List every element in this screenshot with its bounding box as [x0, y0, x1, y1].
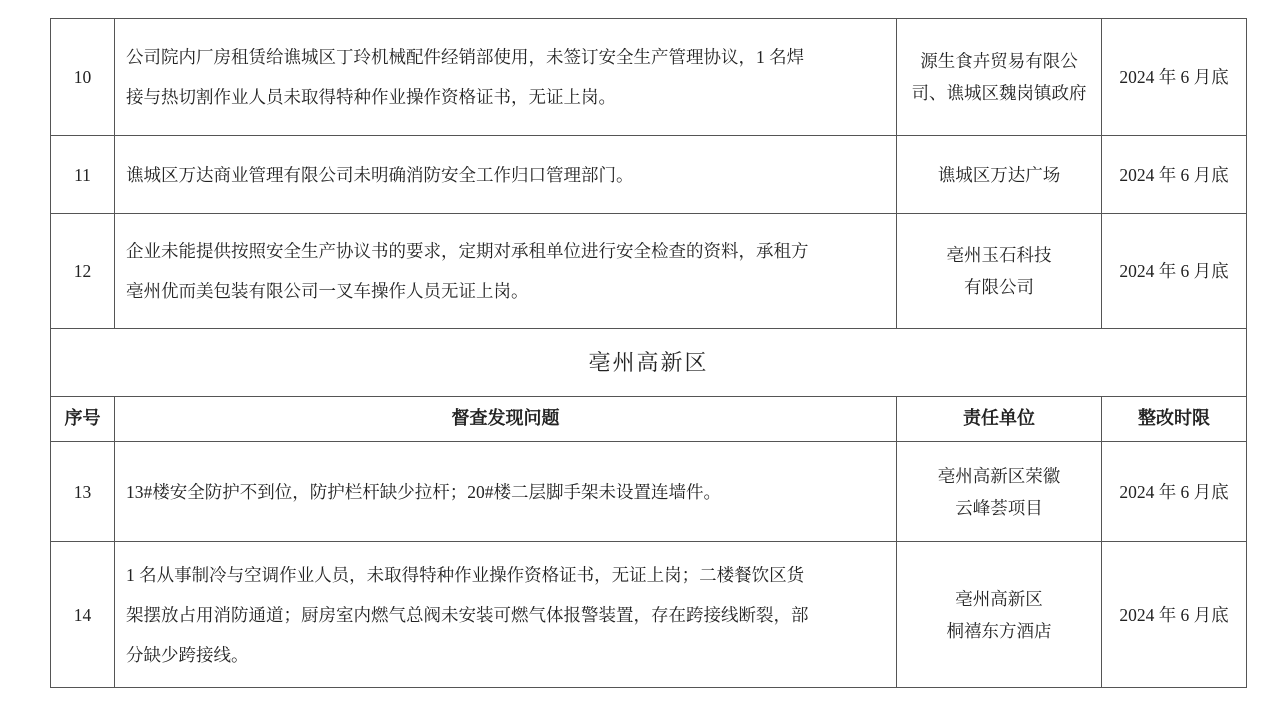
issue-cell: 13#楼安全防护不到位，防护栏杆缺少拉杆；20#楼二层脚手架未设置连墙件。 — [115, 442, 897, 542]
unit-line: 谯城区万达广场 — [897, 159, 1101, 191]
issue-line: 亳州优而美包装有限公司一叉车操作人员无证上岗。 — [126, 271, 886, 311]
deadline-cell: 2024 年 6 月底 — [1102, 19, 1247, 136]
issue-line: 接与热切割作业人员未取得特种作业操作资格证书，无证上岗。 — [126, 77, 886, 117]
unit-line: 云峰荟项目 — [897, 492, 1101, 524]
unit-line: 源生食卉贸易有限公 — [897, 45, 1101, 77]
unit-line: 亳州高新区 — [897, 583, 1101, 615]
row-number: 14 — [51, 542, 115, 688]
unit-line: 司、谯城区魏岗镇政府 — [897, 77, 1101, 109]
unit-line: 亳州玉石科技 — [897, 239, 1101, 271]
issue-cell: 企业未能提供按照安全生产协议书的要求，定期对承租单位进行安全检查的资料，承租方 … — [115, 214, 897, 329]
responsible-unit-cell: 亳州高新区 桐禧东方酒店 — [897, 542, 1102, 688]
deadline-cell: 2024 年 6 月底 — [1102, 136, 1247, 214]
inspection-issues-table: 10 公司院内厂房租赁给谯城区丁玲机械配件经销部使用，未签订安全生产管理协议，1… — [50, 18, 1247, 688]
deadline-cell: 2024 年 6 月底 — [1102, 542, 1247, 688]
responsible-unit-cell: 亳州高新区荣徽 云峰荟项目 — [897, 442, 1102, 542]
issue-line: 公司院内厂房租赁给谯城区丁玲机械配件经销部使用，未签订安全生产管理协议，1 名焊 — [126, 37, 886, 77]
issue-line: 谯城区万达商业管理有限公司未明确消防安全工作归口管理部门。 — [126, 155, 886, 195]
table-row: 10 公司院内厂房租赁给谯城区丁玲机械配件经销部使用，未签订安全生产管理协议，1… — [51, 19, 1247, 136]
table-header-row: 序号 督查发现问题 责任单位 整改时限 — [51, 397, 1247, 442]
issue-cell: 1 名从事制冷与空调作业人员，未取得特种作业操作资格证书，无证上岗；二楼餐饮区货… — [115, 542, 897, 688]
table-row: 14 1 名从事制冷与空调作业人员，未取得特种作业操作资格证书，无证上岗；二楼餐… — [51, 542, 1247, 688]
issue-line: 企业未能提供按照安全生产协议书的要求，定期对承租单位进行安全检查的资料，承租方 — [126, 231, 886, 271]
responsible-unit-cell: 源生食卉贸易有限公 司、谯城区魏岗镇政府 — [897, 19, 1102, 136]
unit-line: 桐禧东方酒店 — [897, 615, 1101, 647]
deadline-cell: 2024 年 6 月底 — [1102, 442, 1247, 542]
table-row: 11 谯城区万达商业管理有限公司未明确消防安全工作归口管理部门。 谯城区万达广场… — [51, 136, 1247, 214]
issue-line: 架摆放占用消防通道；厨房室内燃气总阀未安装可燃气体报警装置，存在跨接线断裂，部 — [126, 595, 886, 635]
row-number: 11 — [51, 136, 115, 214]
issue-line: 分缺少跨接线。 — [126, 635, 886, 675]
deadline-cell: 2024 年 6 月底 — [1102, 214, 1247, 329]
header-number: 序号 — [51, 397, 115, 442]
issue-cell: 谯城区万达商业管理有限公司未明确消防安全工作归口管理部门。 — [115, 136, 897, 214]
header-issue: 督查发现问题 — [115, 397, 897, 442]
issue-line: 13#楼安全防护不到位，防护栏杆缺少拉杆；20#楼二层脚手架未设置连墙件。 — [126, 472, 886, 512]
header-deadline: 整改时限 — [1102, 397, 1247, 442]
table-row: 12 企业未能提供按照安全生产协议书的要求，定期对承租单位进行安全检查的资料，承… — [51, 214, 1247, 329]
row-number: 10 — [51, 19, 115, 136]
issue-cell: 公司院内厂房租赁给谯城区丁玲机械配件经销部使用，未签订安全生产管理协议，1 名焊… — [115, 19, 897, 136]
responsible-unit-cell: 亳州玉石科技 有限公司 — [897, 214, 1102, 329]
unit-line: 亳州高新区荣徽 — [897, 460, 1101, 492]
responsible-unit-cell: 谯城区万达广场 — [897, 136, 1102, 214]
section-title: 亳州高新区 — [51, 329, 1247, 397]
row-number: 12 — [51, 214, 115, 329]
section-title-row: 亳州高新区 — [51, 329, 1247, 397]
row-number: 13 — [51, 442, 115, 542]
unit-line: 有限公司 — [897, 271, 1101, 303]
table-row: 13 13#楼安全防护不到位，防护栏杆缺少拉杆；20#楼二层脚手架未设置连墙件。… — [51, 442, 1247, 542]
header-responsible-unit: 责任单位 — [897, 397, 1102, 442]
issue-line: 1 名从事制冷与空调作业人员，未取得特种作业操作资格证书，无证上岗；二楼餐饮区货 — [126, 555, 886, 595]
